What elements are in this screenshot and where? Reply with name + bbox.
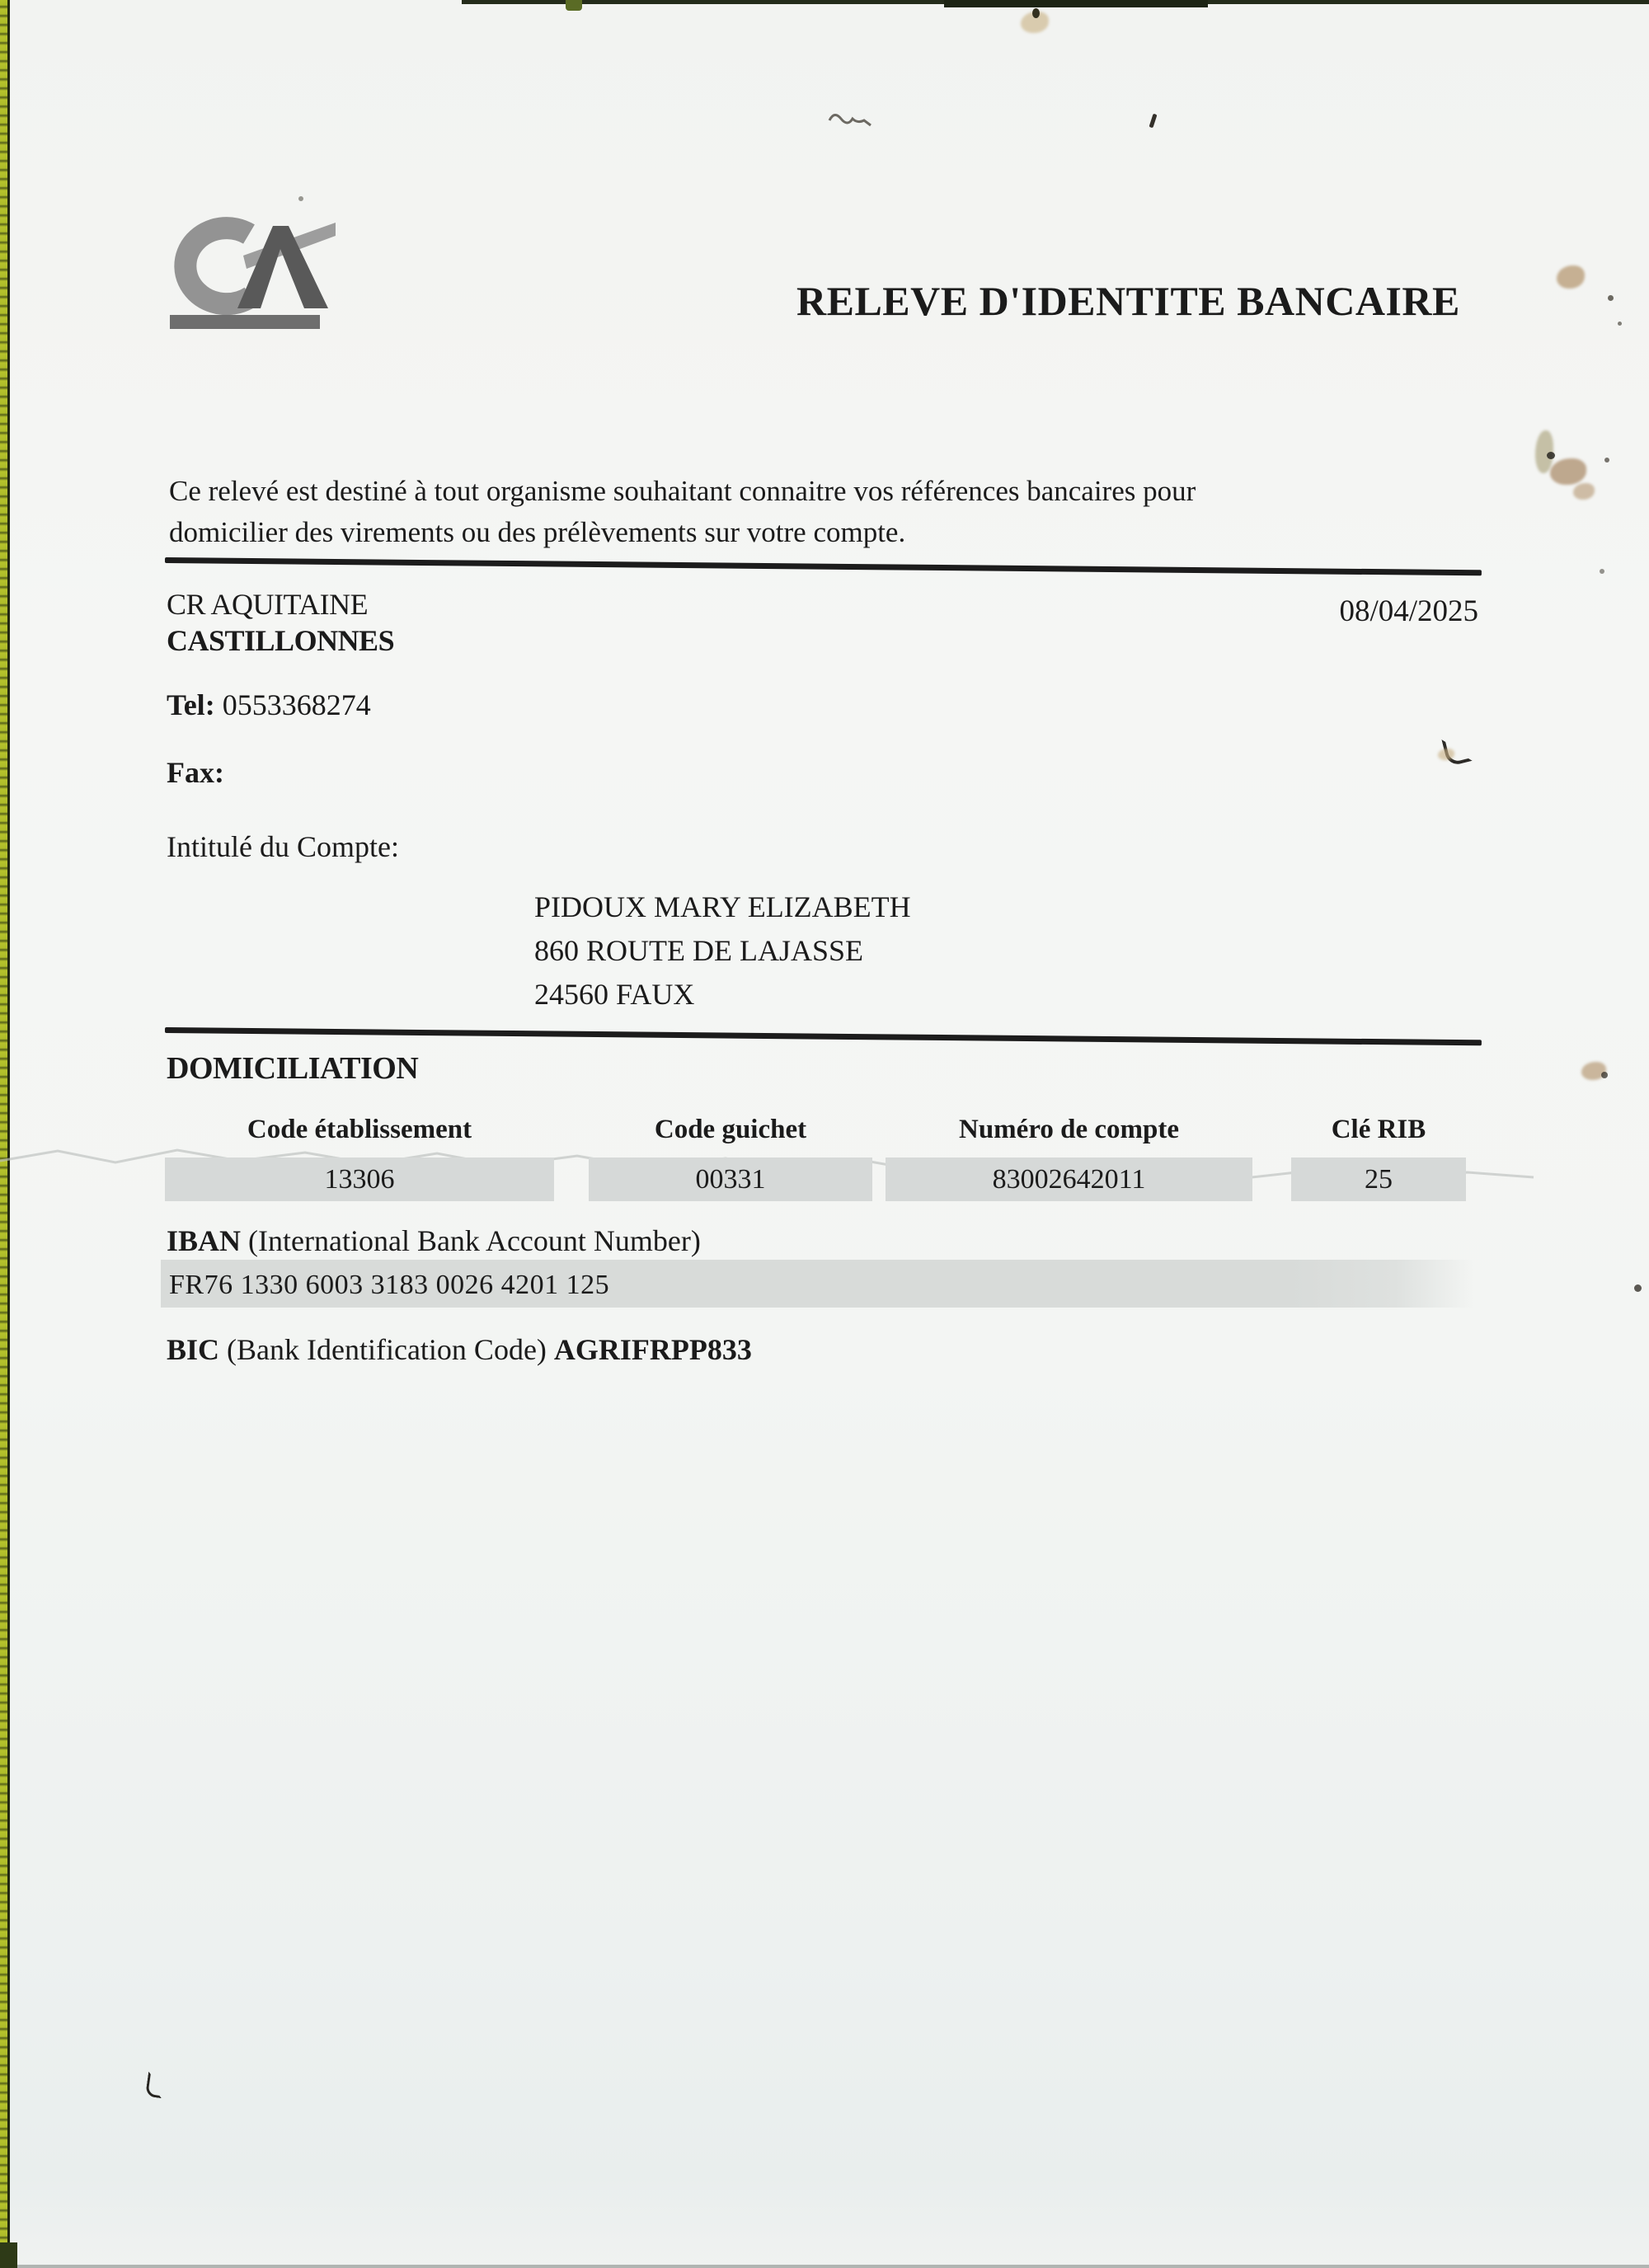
bic-label: BIC bbox=[167, 1333, 219, 1366]
intro-paragraph: Ce relevé est destiné à tout organisme s… bbox=[169, 471, 1488, 553]
tel-label: Tel: bbox=[167, 688, 215, 721]
fax-row: Fax: bbox=[167, 755, 224, 790]
scan-bottom-mark bbox=[145, 2072, 165, 2098]
scan-mark bbox=[1149, 114, 1157, 129]
scan-scribble bbox=[826, 107, 884, 132]
scan-edge-top-dark bbox=[944, 0, 1208, 7]
bank-branch: CASTILLONNES bbox=[167, 623, 394, 658]
scan-speck bbox=[1600, 569, 1604, 574]
document-title: RELEVE D'IDENTITE BANCAIRE bbox=[796, 277, 1440, 325]
address-line-2: 24560 FAUX bbox=[534, 973, 911, 1017]
scan-speck bbox=[1601, 1072, 1608, 1078]
scan-top-tick bbox=[566, 0, 582, 11]
iban-value: FR76 1330 6003 3183 0026 4201 125 bbox=[169, 1270, 609, 1301]
scan-speck bbox=[1618, 322, 1622, 326]
iban-label-suffix: (International Bank Account Number) bbox=[248, 1224, 701, 1257]
account-holder-address: PIDOUX MARY ELIZABETH 860 ROUTE DE LAJAS… bbox=[534, 885, 911, 1017]
credit-agricole-logo bbox=[165, 216, 342, 333]
scan-edge-left bbox=[0, 0, 10, 2268]
scan-speck bbox=[298, 196, 303, 201]
domiciliation-heading: DOMICILIATION bbox=[167, 1050, 418, 1087]
intro-line-1: Ce relevé est destiné à tout organisme s… bbox=[169, 471, 1488, 512]
document-date: 08/04/2025 bbox=[1318, 594, 1478, 629]
scan-corner-mark bbox=[0, 2242, 17, 2268]
scan-speck bbox=[1032, 8, 1040, 18]
bic-row: BIC (Bank Identification Code) AGRIFRPP8… bbox=[167, 1332, 752, 1367]
value-code-etablissement: 13306 bbox=[165, 1157, 554, 1201]
scan-speck bbox=[1608, 295, 1614, 301]
value-cle-rib: 25 bbox=[1291, 1157, 1466, 1201]
scan-speck bbox=[1547, 452, 1555, 459]
divider-rule-bottom bbox=[165, 1027, 1482, 1045]
scan-speck bbox=[1604, 458, 1609, 463]
tel-value: 0553368274 bbox=[223, 688, 371, 721]
scan-speck bbox=[1634, 1284, 1642, 1292]
iban-label-row: IBAN (International Bank Account Number) bbox=[167, 1223, 701, 1258]
iban-label: IBAN bbox=[167, 1224, 241, 1257]
bic-label-suffix: (Bank Identification Code) bbox=[227, 1333, 547, 1366]
scan-smudge bbox=[1573, 483, 1595, 500]
tel-row: Tel: 0553368274 bbox=[167, 688, 371, 722]
account-holder-name: PIDOUX MARY ELIZABETH bbox=[534, 885, 911, 929]
document-page: RELEVE D'IDENTITE BANCAIRE Ce relevé est… bbox=[0, 0, 1649, 2268]
account-title-label: Intitulé du Compte: bbox=[167, 829, 399, 864]
ca-logo-icon bbox=[165, 216, 342, 333]
intro-line-2: domicilier des virements ou des prélèvem… bbox=[169, 512, 1488, 553]
bic-value: AGRIFRPP833 bbox=[554, 1333, 752, 1366]
value-code-guichet: 00331 bbox=[589, 1157, 872, 1201]
scan-smudge bbox=[1557, 265, 1585, 289]
scan-edge-bottom bbox=[0, 2265, 1649, 2268]
address-line-1: 860 ROUTE DE LAJASSE bbox=[534, 929, 911, 973]
divider-rule-top bbox=[165, 557, 1482, 575]
value-numero-de-compte: 83002642011 bbox=[886, 1157, 1252, 1201]
fax-label: Fax: bbox=[167, 756, 224, 789]
scan-smudge bbox=[1550, 458, 1586, 485]
bank-name: CR AQUITAINE bbox=[167, 587, 368, 622]
